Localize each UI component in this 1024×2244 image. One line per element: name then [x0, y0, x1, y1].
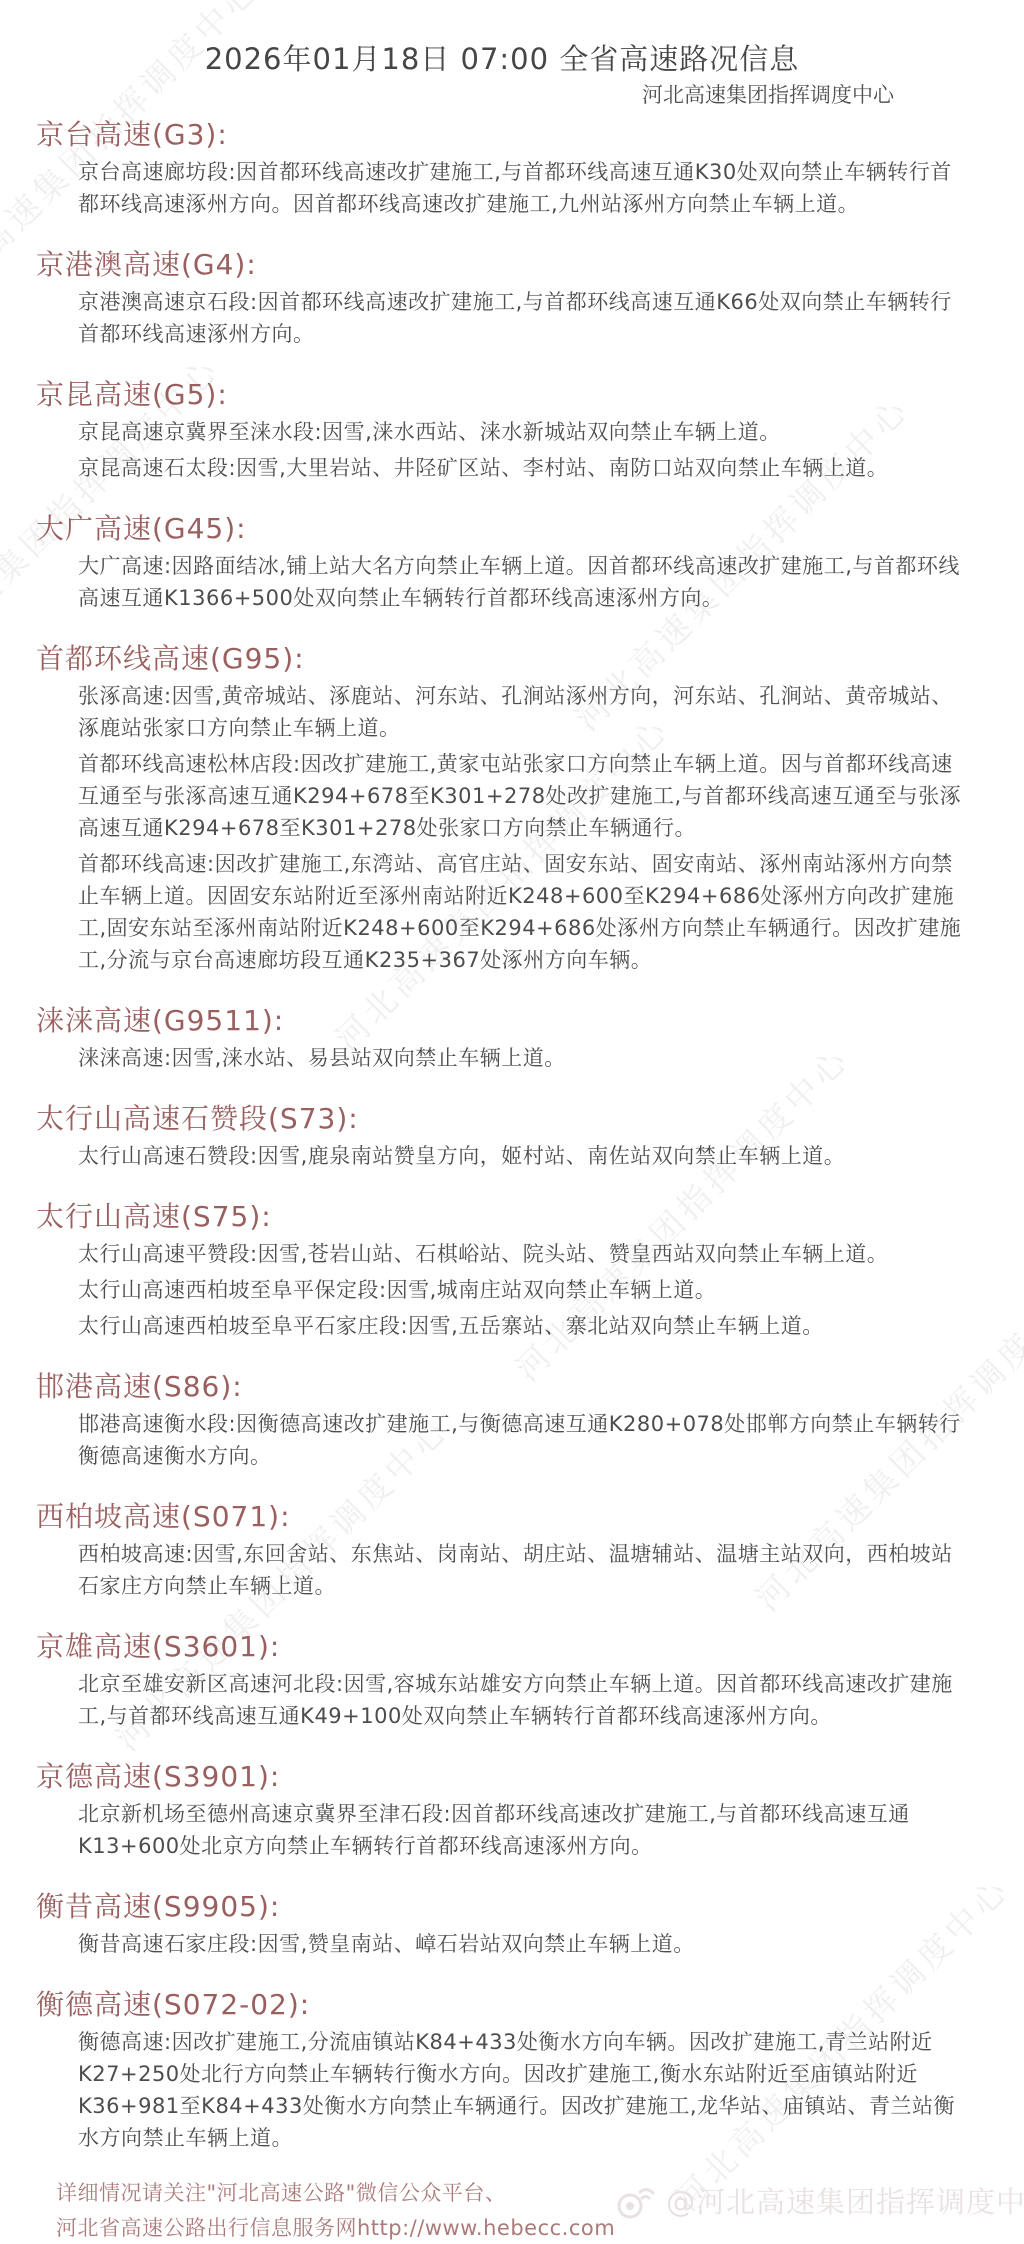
- section-heading: 京台高速(G3):: [36, 118, 968, 152]
- section-heading: 大广高速(G45):: [36, 512, 968, 546]
- highway-section: 西柏坡高速(S071):西柏坡高速:因雪,东回舍站、东焦站、岗南站、胡庄站、温塘…: [36, 1500, 968, 1602]
- highway-section: 大广高速(G45):大广高速:因路面结冰,铺上站大名方向禁止车辆上道。因首都环线…: [36, 512, 968, 614]
- section-paragraph: 邯港高速衡水段:因衡德高速改扩建施工,与衡德高速互通K280+078处邯郸方向禁…: [78, 1408, 968, 1472]
- section-heading: 涞涞高速(G9511):: [36, 1004, 968, 1038]
- section-paragraph: 北京至雄安新区高速河北段:因雪,容城东站雄安方向禁止车辆上道。因首都环线高速改扩…: [78, 1668, 968, 1732]
- section-heading: 京港澳高速(G4):: [36, 248, 968, 282]
- section-heading: 首都环线高速(G95):: [36, 642, 968, 676]
- section-heading: 太行山高速石赞段(S73):: [36, 1102, 968, 1136]
- section-paragraph: 太行山高速西柏坡至阜平保定段:因雪,城南庄站双向禁止车辆上道。: [78, 1274, 968, 1306]
- page-title: 2026年01月18日 07:00 全省高速路况信息: [36, 40, 968, 78]
- weibo-handle: @河北高速集团指挥调度中心: [666, 2180, 1024, 2221]
- section-paragraph: 北京新机场至德州高速京冀界至津石段:因首都环线高速改扩建施工,与首都环线高速互通…: [78, 1798, 968, 1862]
- highway-section: 衡德高速(S072-02):衡德高速:因改扩建施工,分流庙镇站K84+433处衡…: [36, 1988, 968, 2154]
- section-paragraph: 太行山高速西柏坡至阜平石家庄段:因雪,五岳寨站、寨北站双向禁止车辆上道。: [78, 1310, 968, 1342]
- section-paragraph: 首都环线高速松林店段:因改扩建施工,黄家屯站张家口方向禁止车辆上道。因与首都环线…: [78, 748, 968, 844]
- highway-section: 衡昔高速(S9905):衡昔高速石家庄段:因雪,赞皇南站、嶂石岩站双向禁止车辆上…: [36, 1890, 968, 1960]
- highway-section: 首都环线高速(G95):张涿高速:因雪,黄帝城站、涿鹿站、河东站、孔涧站涿州方向…: [36, 642, 968, 976]
- section-paragraph: 太行山高速石赞段:因雪,鹿泉南站赞皇方向，姬村站、南佐站双向禁止车辆上道。: [78, 1140, 968, 1172]
- highway-section: 京昆高速(G5):京昆高速京冀界至涞水段:因雪,涞水西站、涞水新城站双向禁止车辆…: [36, 378, 968, 484]
- section-paragraph: 京昆高速石太段:因雪,大里岩站、井陉矿区站、李村站、南防口站双向禁止车辆上道。: [78, 452, 968, 484]
- section-heading: 邯港高速(S86):: [36, 1370, 968, 1404]
- section-heading: 京雄高速(S3601):: [36, 1630, 968, 1664]
- section-paragraph: 京台高速廊坊段:因首都环线高速改扩建施工,与首都环线高速互通K30处双向禁止车辆…: [78, 156, 968, 220]
- section-heading: 衡昔高速(S9905):: [36, 1890, 968, 1924]
- highway-section: 京港澳高速(G4):京港澳高速京石段:因首都环线高速改扩建施工,与首都环线高速互…: [36, 248, 968, 350]
- section-paragraph: 大广高速:因路面结冰,铺上站大名方向禁止车辆上道。因首都环线高速改扩建施工,与首…: [78, 550, 968, 614]
- agency-name: 河北高速集团指挥调度中心: [36, 82, 968, 108]
- highway-section: 涞涞高速(G9511):涞涞高速:因雪,涞水站、易县站双向禁止车辆上道。: [36, 1004, 968, 1074]
- section-paragraph: 西柏坡高速:因雪,东回舍站、东焦站、岗南站、胡庄站、温塘辅站、温塘主站双向，西柏…: [78, 1538, 968, 1602]
- section-heading: 西柏坡高速(S071):: [36, 1500, 968, 1534]
- section-heading: 京昆高速(G5):: [36, 378, 968, 412]
- sections-container: 京台高速(G3):京台高速廊坊段:因首都环线高速改扩建施工,与首都环线高速互通K…: [36, 118, 968, 2154]
- report-content: 2026年01月18日 07:00 全省高速路况信息 河北高速集团指挥调度中心 …: [0, 0, 1024, 2244]
- weibo-eye-icon: [616, 2182, 658, 2220]
- traffic-report-page: 河北高速集团指挥调度中心河北高速集团指挥调度中心河北高速集团指挥调度中心河北高速…: [0, 0, 1024, 2244]
- highway-section: 京台高速(G3):京台高速廊坊段:因首都环线高速改扩建施工,与首都环线高速互通K…: [36, 118, 968, 220]
- highway-section: 邯港高速(S86):邯港高速衡水段:因衡德高速改扩建施工,与衡德高速互通K280…: [36, 1370, 968, 1472]
- section-heading: 京德高速(S3901):: [36, 1760, 968, 1794]
- section-paragraph: 衡德高速:因改扩建施工,分流庙镇站K84+433处衡水方向车辆。因改扩建施工,青…: [78, 2026, 968, 2154]
- highway-section: 京德高速(S3901):北京新机场至德州高速京冀界至津石段:因首都环线高速改扩建…: [36, 1760, 968, 1862]
- section-heading: 太行山高速(S75):: [36, 1200, 968, 1234]
- highway-section: 太行山高速石赞段(S73):太行山高速石赞段:因雪,鹿泉南站赞皇方向，姬村站、南…: [36, 1102, 968, 1172]
- section-paragraph: 衡昔高速石家庄段:因雪,赞皇南站、嶂石岩站双向禁止车辆上道。: [78, 1928, 968, 1960]
- section-paragraph: 首都环线高速:因改扩建施工,东湾站、高官庄站、固安东站、固安南站、涿州南站涿州方…: [78, 848, 968, 976]
- section-paragraph: 京昆高速京冀界至涞水段:因雪,涞水西站、涞水新城站双向禁止车辆上道。: [78, 416, 968, 448]
- section-paragraph: 太行山高速平赞段:因雪,苍岩山站、石棋峪站、院头站、赞皇西站双向禁止车辆上道。: [78, 1238, 968, 1270]
- highway-section: 太行山高速(S75):太行山高速平赞段:因雪,苍岩山站、石棋峪站、院头站、赞皇西…: [36, 1200, 968, 1342]
- section-heading: 衡德高速(S072-02):: [36, 1988, 968, 2022]
- highway-section: 京雄高速(S3601):北京至雄安新区高速河北段:因雪,容城东站雄安方向禁止车辆…: [36, 1630, 968, 1732]
- section-paragraph: 京港澳高速京石段:因首都环线高速改扩建施工,与首都环线高速互通K66处双向禁止车…: [78, 286, 968, 350]
- weibo-watermark: @河北高速集团指挥调度中心: [616, 2180, 1024, 2221]
- section-paragraph: 涞涞高速:因雪,涞水站、易县站双向禁止车辆上道。: [78, 1042, 968, 1074]
- section-paragraph: 张涿高速:因雪,黄帝城站、涿鹿站、河东站、孔涧站涿州方向，河东站、孔涧站、黄帝城…: [78, 680, 968, 744]
